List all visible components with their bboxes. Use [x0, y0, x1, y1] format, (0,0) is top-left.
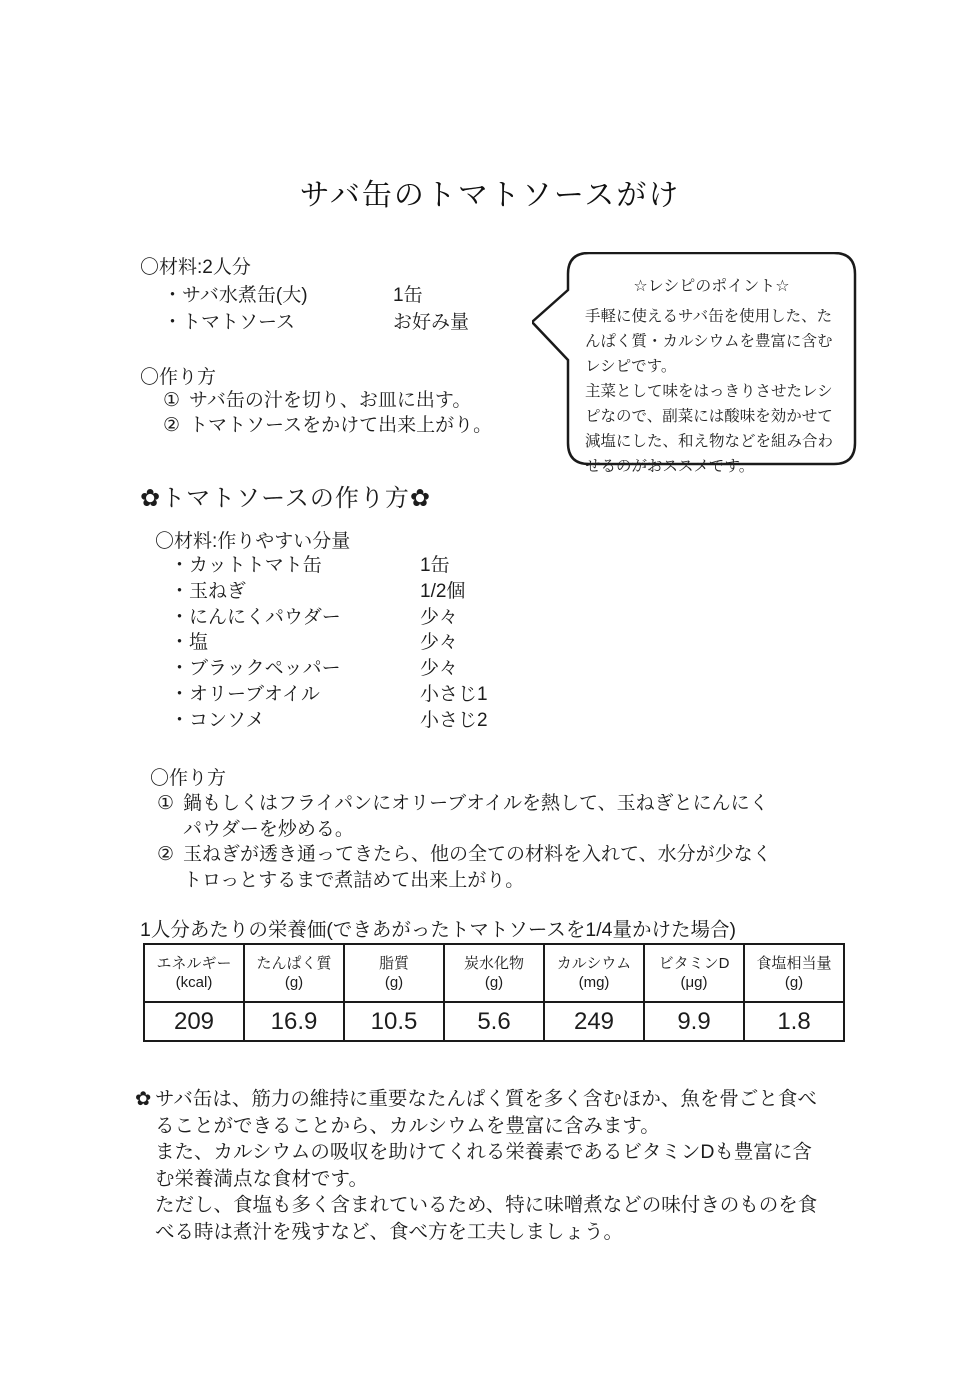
nutrition-header-row: エネルギー(kcal) たんぱく質(g) 脂質(g) 炭水化物(g) カルシウム… — [144, 944, 844, 1002]
nutrition-table: エネルギー(kcal) たんぱく質(g) 脂質(g) 炭水化物(g) カルシウム… — [143, 943, 845, 1042]
page-title: サバ缶のトマトソースがけ — [0, 170, 980, 214]
column-header: たんぱく質(g) — [244, 944, 344, 1002]
ingredient-qty: 小さじ1 — [420, 684, 488, 705]
main-steps-list: ① サバ缶の汁を切り、お皿に出す。 ② トマトソースをかけて出来上がり。 — [163, 388, 492, 439]
sauce-section-heading: ✿トマトソースの作り方✿ — [140, 478, 431, 513]
column-header: ビタミンD(μg) — [644, 944, 744, 1002]
recipe-document: サバ缶のトマトソースがけ 〇材料:2人分 ・サバ水煮缶(大)1缶 ・トマトソース… — [0, 0, 980, 1386]
main-ingredients-list: ・サバ水煮缶(大)1缶 ・トマトソースお好み量 — [163, 282, 469, 336]
ingredient-name: ・カットトマト缶 — [170, 553, 420, 579]
ingredient-qty: 小さじ2 — [420, 710, 488, 731]
step-number: ① — [163, 388, 180, 413]
sauce-steps-list: ① 鍋もしくはフライパンにオリーブオイルを熱して、玉ねぎとにんにく パウダーを炒… — [157, 791, 772, 893]
ingredient-name: ・塩 — [170, 630, 420, 656]
ingredient-name: ・コンソメ — [170, 708, 420, 734]
step-text: 鍋もしくはフライパンにオリーブオイルを熱して、玉ねぎとにんにく パウダーを炒める… — [183, 791, 769, 842]
nutrition-value: 249 — [544, 1002, 644, 1041]
sauce-steps-heading: 〇作り方 — [150, 763, 226, 790]
list-item: ・トマトソースお好み量 — [163, 309, 469, 336]
step-text: サバ缶の汁を切り、お皿に出す。 — [189, 388, 471, 413]
recipe-point-bubble: ☆レシピのポイント☆ 手軽に使えるサバ缶を使用した、た んぱく質・カルシウムを豊… — [532, 252, 857, 466]
step-item: ① 鍋もしくはフライパンにオリーブオイルを熱して、玉ねぎとにんにく パウダーを炒… — [157, 791, 772, 842]
ingredient-qty: 少々 — [420, 632, 458, 653]
list-item: ・オリーブオイル小さじ1 — [170, 682, 488, 708]
ingredient-name: ・オリーブオイル — [170, 682, 420, 708]
column-header: カルシウム(mg) — [544, 944, 644, 1002]
column-header: エネルギー(kcal) — [144, 944, 244, 1002]
column-header: 食塩相当量(g) — [744, 944, 844, 1002]
main-steps-heading: 〇作り方 — [140, 362, 216, 389]
ingredient-qty: 1缶 — [420, 555, 450, 576]
list-item: ・コンソメ小さじ2 — [170, 708, 488, 734]
bubble-title: ☆レシピのポイント☆ — [568, 273, 855, 296]
flower-bullet-icon: ✿ — [135, 1086, 155, 1246]
ingredient-qty: 1/2個 — [420, 581, 465, 602]
column-header: 炭水化物(g) — [444, 944, 544, 1002]
ingredient-qty: 少々 — [420, 658, 458, 679]
sauce-ingredients-list: ・カットトマト缶1缶 ・玉ねぎ1/2個 ・にんにくパウダー少々 ・塩少々 ・ブラ… — [170, 553, 488, 734]
ingredient-name: ・トマトソース — [163, 309, 393, 336]
ingredient-name: ・サバ水煮缶(大) — [163, 282, 393, 309]
ingredient-qty: お好み量 — [393, 312, 469, 333]
nutrition-value: 209 — [144, 1002, 244, 1041]
ingredient-qty: 1缶 — [393, 285, 423, 306]
nutrition-value: 16.9 — [244, 1002, 344, 1041]
nutrition-value: 5.6 — [444, 1002, 544, 1041]
footnote-text: サバ缶は、筋力の維持に重要なたんぱく質を多く含むほか、魚を骨ごと食べ ることがで… — [155, 1086, 817, 1246]
step-item: ② 玉ねぎが透き通ってきたら、他の全ての材料を入れて、水分が少なく トロっとする… — [157, 842, 772, 893]
step-number: ① — [157, 791, 174, 842]
nutrition-value: 10.5 — [344, 1002, 444, 1041]
ingredient-name: ・ブラックペッパー — [170, 656, 420, 682]
step-item: ② トマトソースをかけて出来上がり。 — [163, 413, 492, 438]
list-item: ・にんにくパウダー少々 — [170, 605, 488, 631]
list-item: ・ブラックペッパー少々 — [170, 656, 488, 682]
nutrition-value: 1.8 — [744, 1002, 844, 1041]
ingredient-name: ・玉ねぎ — [170, 579, 420, 605]
nutrition-value: 9.9 — [644, 1002, 744, 1041]
step-number: ② — [157, 842, 174, 893]
ingredient-qty: 少々 — [420, 607, 458, 628]
list-item: ・カットトマト缶1缶 — [170, 553, 488, 579]
step-text: 玉ねぎが透き通ってきたら、他の全ての材料を入れて、水分が少なく トロっとするまで… — [183, 842, 772, 893]
list-item: ・塩少々 — [170, 630, 488, 656]
nutrition-value-row: 209 16.9 10.5 5.6 249 9.9 1.8 — [144, 1002, 844, 1041]
bubble-body: 手軽に使えるサバ缶を使用した、た んぱく質・カルシウムを豊富に含む レシピです。… — [585, 304, 853, 479]
step-number: ② — [163, 413, 180, 438]
ingredient-name: ・にんにくパウダー — [170, 605, 420, 631]
main-ingredients-heading: 〇材料:2人分 — [140, 252, 251, 279]
column-header: 脂質(g) — [344, 944, 444, 1002]
footnote-paragraph: ✿ サバ缶は、筋力の維持に重要なたんぱく質を多く含むほか、魚を骨ごと食べ ること… — [135, 1086, 817, 1246]
list-item: ・サバ水煮缶(大)1缶 — [163, 282, 469, 309]
sauce-ingredients-heading: 〇材料:作りやすい分量 — [155, 526, 350, 553]
list-item: ・玉ねぎ1/2個 — [170, 579, 488, 605]
step-item: ① サバ缶の汁を切り、お皿に出す。 — [163, 388, 492, 413]
nutrition-caption: 1人分あたりの栄養価(できあがったトマトソースを1/4量かけた場合) — [140, 914, 736, 942]
step-text: トマトソースをかけて出来上がり。 — [189, 413, 492, 438]
